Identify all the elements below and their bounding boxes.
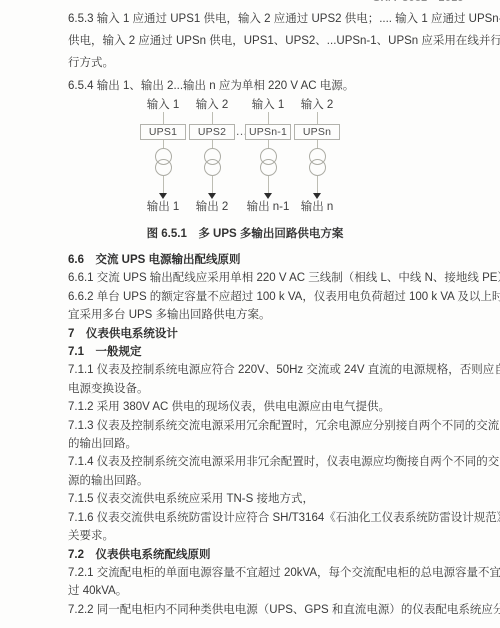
arrow-down-icon — [208, 193, 216, 199]
section-heading: 7.2 仪表供电系统配线原则 — [68, 546, 444, 564]
clause-line: 7.1.6 仪表交流供电系统防雷设计应符合 SH/T3164《石油化工仪表系统防… — [68, 509, 444, 527]
connector-line — [212, 140, 213, 148]
connector-line — [163, 176, 164, 193]
clause-line: 7.2.1 交流配电柜的单面电源容量不宜超过 20kVA，每个交流配电柜的总电源… — [68, 564, 444, 582]
document-page: SH/T 3082—2019 6.5.3 输入 1 应通过 UPS1 供电，输入… — [0, 0, 500, 628]
input-label: 输入 2 — [182, 99, 242, 112]
output-label: 输出 2 — [182, 201, 242, 214]
clause-line: 关要求。 — [68, 527, 444, 545]
connector-line — [268, 140, 269, 148]
clauses-text-block: 6.6 交流 UPS 电源输出配线原则 6.6.1 交流 UPS 输出配线应采用… — [68, 251, 444, 619]
transformer-icon — [309, 159, 326, 176]
connector-line — [317, 140, 318, 148]
clause-line: 6.6.1 交流 UPS 输出配线应采用单相 220 V AC 三线制（相线 L… — [68, 269, 444, 287]
clause-line: 电源变换设备。 — [68, 380, 444, 398]
clause-line: 7.2.2 同一配电柜内不同种类供电电源（UPS、GPS 和直流电源）的仪表配电… — [68, 601, 444, 619]
clause-line: 源的输出回路。 — [68, 472, 444, 490]
clause-line: 7.1.4 仪表及控制系统交流电源采用非冗余配置时，仪表电源应均衡接自两个不同的… — [68, 453, 444, 471]
output-label: 输出 n — [287, 201, 347, 214]
ups-box: UPSn-1 — [245, 124, 291, 140]
ups-box: UPS1 — [140, 124, 186, 140]
input-label: 输入 2 — [287, 99, 347, 112]
arrow-down-icon — [159, 193, 167, 199]
connector-line — [163, 140, 164, 148]
figure-6-5-1-diagram: 输入 1 UPS1 输出 1 输入 2 UPS2 输出 2 … 输入 1 UPS — [0, 0, 500, 250]
transformer-icon — [204, 159, 221, 176]
arrow-down-icon — [313, 193, 321, 199]
transformer-icon — [260, 159, 277, 176]
connector-line — [212, 112, 213, 124]
connector-line — [163, 112, 164, 124]
clause-line: 6.6.2 单台 UPS 的额定容量不应超过 100 k VA，仪表用电负荷超过… — [68, 288, 444, 306]
clause-line: 7.1.2 采用 380V AC 供电的现场仪表，供电电源应由电气提供。 — [68, 398, 444, 416]
connector-line — [317, 112, 318, 124]
ups-box: UPS2 — [189, 124, 235, 140]
chapter-heading: 7 仪表供电系统设计 — [68, 325, 444, 343]
clause-line: 过 40kVA。 — [68, 582, 444, 600]
transformer-icon — [155, 159, 172, 176]
connector-line — [212, 176, 213, 193]
ups-box: UPSn — [294, 124, 340, 140]
figure-caption: 图 6.5.1 多 UPS 多输出回路供电方案 — [95, 225, 395, 241]
ups-column-2: 输入 2 UPS2 输出 2 — [182, 99, 242, 214]
connector-line — [268, 112, 269, 124]
clause-line: 7.1.3 仪表及控制系统交流电源采用冗余配置时，冗余电源应分别接自两个不同的交… — [68, 417, 444, 435]
clause-line: 7.1.5 仪表交流供电系统应采用 TN-S 接地方式， — [68, 490, 444, 508]
arrow-down-icon — [264, 193, 272, 199]
connector-line — [317, 176, 318, 193]
clause-line: 的输出回路。 — [68, 435, 444, 453]
clause-line: 7.1.1 仪表及控制系统电源应符合 220V、50Hz 交流或 24V 直流的… — [68, 361, 444, 379]
connector-line — [268, 176, 269, 193]
section-heading: 6.6 交流 UPS 电源输出配线原则 — [68, 251, 444, 269]
section-heading: 7.1 一般规定 — [68, 343, 444, 361]
clause-line: 宜采用多台 UPS 多输出回路供电方案。 — [68, 306, 444, 324]
ups-column-n: 输入 2 UPSn 输出 n — [287, 99, 347, 214]
